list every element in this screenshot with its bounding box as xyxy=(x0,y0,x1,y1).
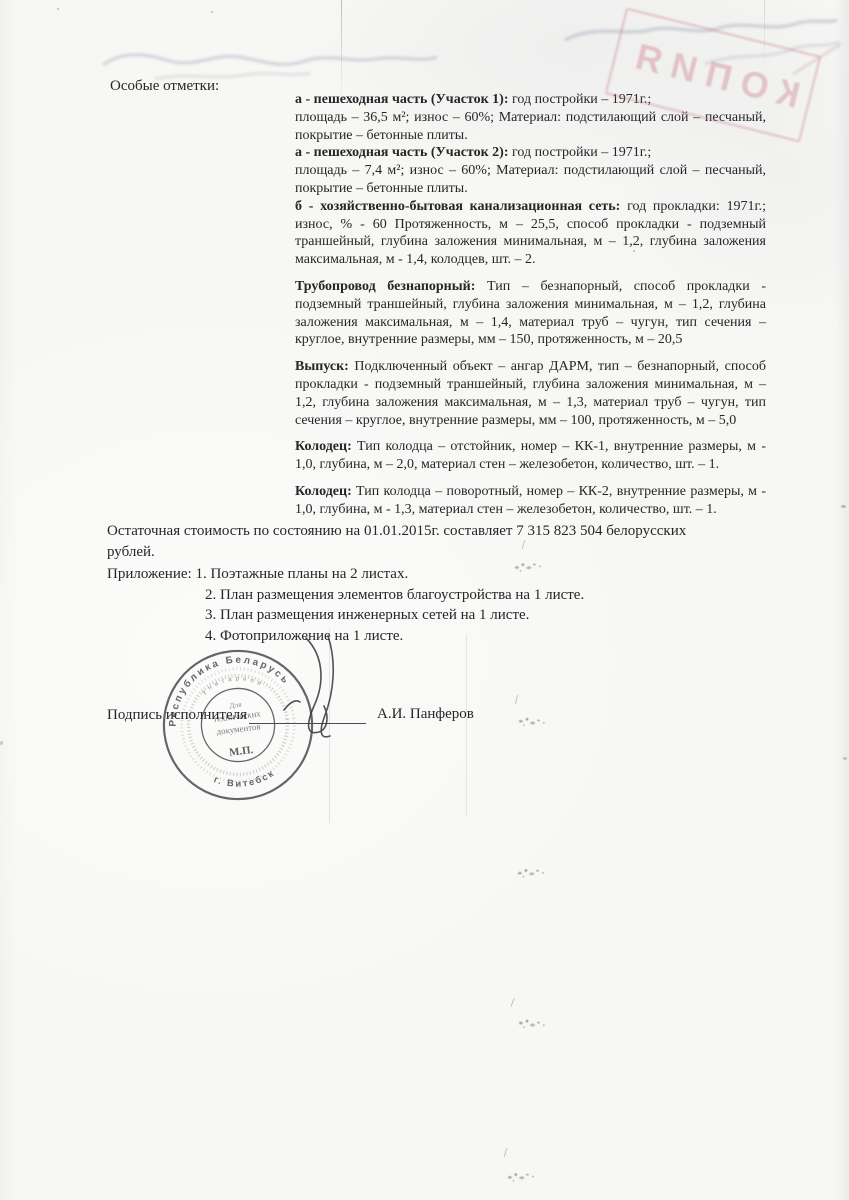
ink-smudge xyxy=(513,1014,548,1032)
note-lead: Трубопровод безнапорный: xyxy=(295,279,475,294)
attachment-item: 4. Фотоприложение на 1 листе. xyxy=(205,626,584,646)
signature-scribble xyxy=(272,632,382,757)
special-marks-notes: а - пешеходная часть (Участок 1): год по… xyxy=(295,91,766,519)
note-lead: Колодец: xyxy=(295,484,352,499)
note-lead: б - хозяйственно-бытовая канализационная… xyxy=(295,199,620,214)
ink-smudge xyxy=(503,1167,538,1185)
scanned-document-page: { "document": { "special_marks_label": "… xyxy=(0,0,849,1200)
stamp-ring-bottom-text: г. Витебск xyxy=(211,767,277,792)
note-lead: Колодец: xyxy=(295,439,352,454)
attachment-item: 2. План размещения элементов благоустрой… xyxy=(205,585,584,605)
residual-value-paragraph: Остаточная стоимость по состоянию на 01.… xyxy=(107,521,775,562)
note-paragraph-outlet: Выпуск: Подключенный объект – ангар ДАРМ… xyxy=(295,358,766,429)
attachment-item: 3. План размещения инженерных сетей на 1… xyxy=(205,605,584,625)
note-paragraph-a2: а - пешеходная часть (Участок 2): год по… xyxy=(295,144,766,197)
ink-tick xyxy=(510,998,514,1007)
svg-text:г. Витебск: г. Витебск xyxy=(211,767,277,792)
note-lead: а - пешеходная часть (Участок 1): xyxy=(295,92,509,107)
note-paragraph-pipeline: Трубопровод безнапорный: Тип – безнапорн… xyxy=(295,278,766,349)
signature-label: Подпись исполнителя xyxy=(107,707,247,724)
note-paragraph-b: б - хозяйственно-бытовая канализационная… xyxy=(295,198,766,269)
ink-tick xyxy=(504,1148,507,1157)
paper-speck xyxy=(211,11,213,13)
fold-crease xyxy=(466,634,467,817)
note-lead: Выпуск: xyxy=(295,359,349,374)
paper-speck xyxy=(843,757,847,760)
ink-smudge xyxy=(513,863,548,880)
note-lead: а - пешеходная часть (Участок 2): xyxy=(295,145,509,160)
paper-speck xyxy=(0,741,3,745)
ink-tick xyxy=(515,695,518,704)
copy-stamp-text: КОПИЯ xyxy=(622,33,804,117)
ink-smudge xyxy=(514,712,549,730)
paper-speck xyxy=(841,505,846,508)
note-paragraph-well-1: Колодец: Тип колодца – отстойник, номер … xyxy=(295,438,766,474)
paper-speck xyxy=(57,8,59,10)
executor-name: А.И. Панферов xyxy=(377,706,474,723)
attachments-label: Приложение: xyxy=(107,566,192,582)
paper-speck xyxy=(633,250,635,252)
attachment-item: 1. Поэтажные планы на 2 листах. xyxy=(195,566,408,582)
ink-smudge xyxy=(509,557,544,575)
stamp-mp-text: М.П. xyxy=(229,744,255,759)
note-paragraph-well-2: Колодец: Тип колодца – поворотный, номер… xyxy=(295,483,766,519)
handwriting-bleedthrough xyxy=(95,35,445,90)
